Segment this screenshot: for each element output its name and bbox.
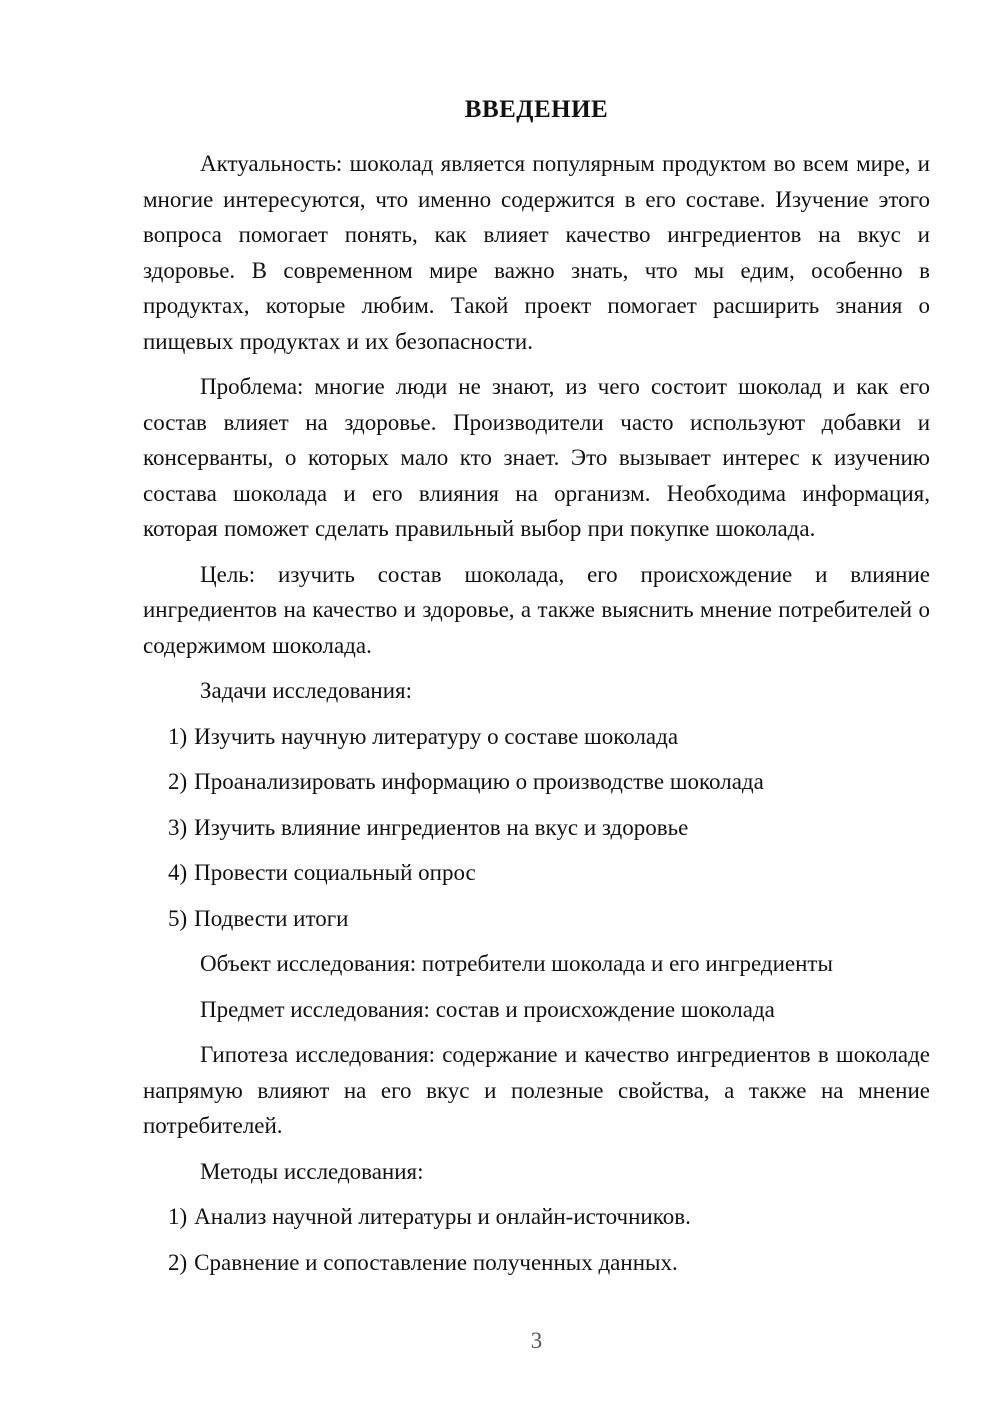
task-item-3: 3)Изучить влияние ингредиентов на вкус и… (168, 810, 930, 846)
paragraph-hypothesis: Гипотеза исследования: содержание и каче… (143, 1037, 930, 1144)
method-item-1: 1)Анализ научной литературы и онлайн-ист… (168, 1199, 930, 1235)
task-item-number: 3) (168, 815, 187, 840)
tasks-heading: Задачи исследования: (143, 673, 930, 709)
method-item-text: Сравнение и сопоставление полученных дан… (194, 1250, 678, 1275)
paragraph-relevance: Актуальность: шоколад является популярны… (143, 146, 930, 359)
object-line: Объект исследования: потребители шоколад… (143, 946, 930, 982)
method-item-number: 2) (168, 1250, 187, 1275)
subject-line: Предмет исследования: состав и происхожд… (143, 992, 930, 1028)
task-item-text: Проанализировать информацию о производст… (194, 769, 764, 794)
method-item-number: 1) (168, 1204, 187, 1229)
method-item-2: 2)Сравнение и сопоставление полученных д… (168, 1245, 930, 1281)
task-item-2: 2)Проанализировать информацию о производ… (168, 764, 930, 800)
methods-heading: Методы исследования: (143, 1154, 930, 1190)
task-item-text: Подвести итоги (194, 906, 348, 931)
method-item-text: Анализ научной литературы и онлайн-источ… (194, 1204, 691, 1229)
paragraph-problem: Проблема: многие люди не знают, из чего … (143, 369, 930, 547)
document-content: ВВЕДЕНИЕ Актуальность: шоколад является … (143, 95, 930, 1290)
task-item-4: 4)Провести социальный опрос (168, 855, 930, 891)
paragraph-goal: Цель: изучить состав шоколада, его проис… (143, 557, 930, 664)
task-item-number: 4) (168, 860, 187, 885)
page-title: ВВЕДЕНИЕ (143, 95, 930, 125)
task-item-text: Изучить влияние ингредиентов на вкус и з… (194, 815, 688, 840)
task-item-number: 1) (168, 724, 187, 749)
task-item-5: 5)Подвести итоги (168, 901, 930, 937)
task-item-text: Изучить научную литературу о составе шок… (194, 724, 678, 749)
document-page: ВВЕДЕНИЕ Актуальность: шоколад является … (0, 0, 1000, 1414)
task-item-number: 5) (168, 906, 187, 931)
task-item-number: 2) (168, 769, 187, 794)
page-number: 3 (531, 1328, 543, 1353)
page-footer: 3 (143, 1326, 930, 1356)
task-item-1: 1)Изучить научную литературу о составе ш… (168, 719, 930, 755)
task-item-text: Провести социальный опрос (194, 860, 476, 885)
